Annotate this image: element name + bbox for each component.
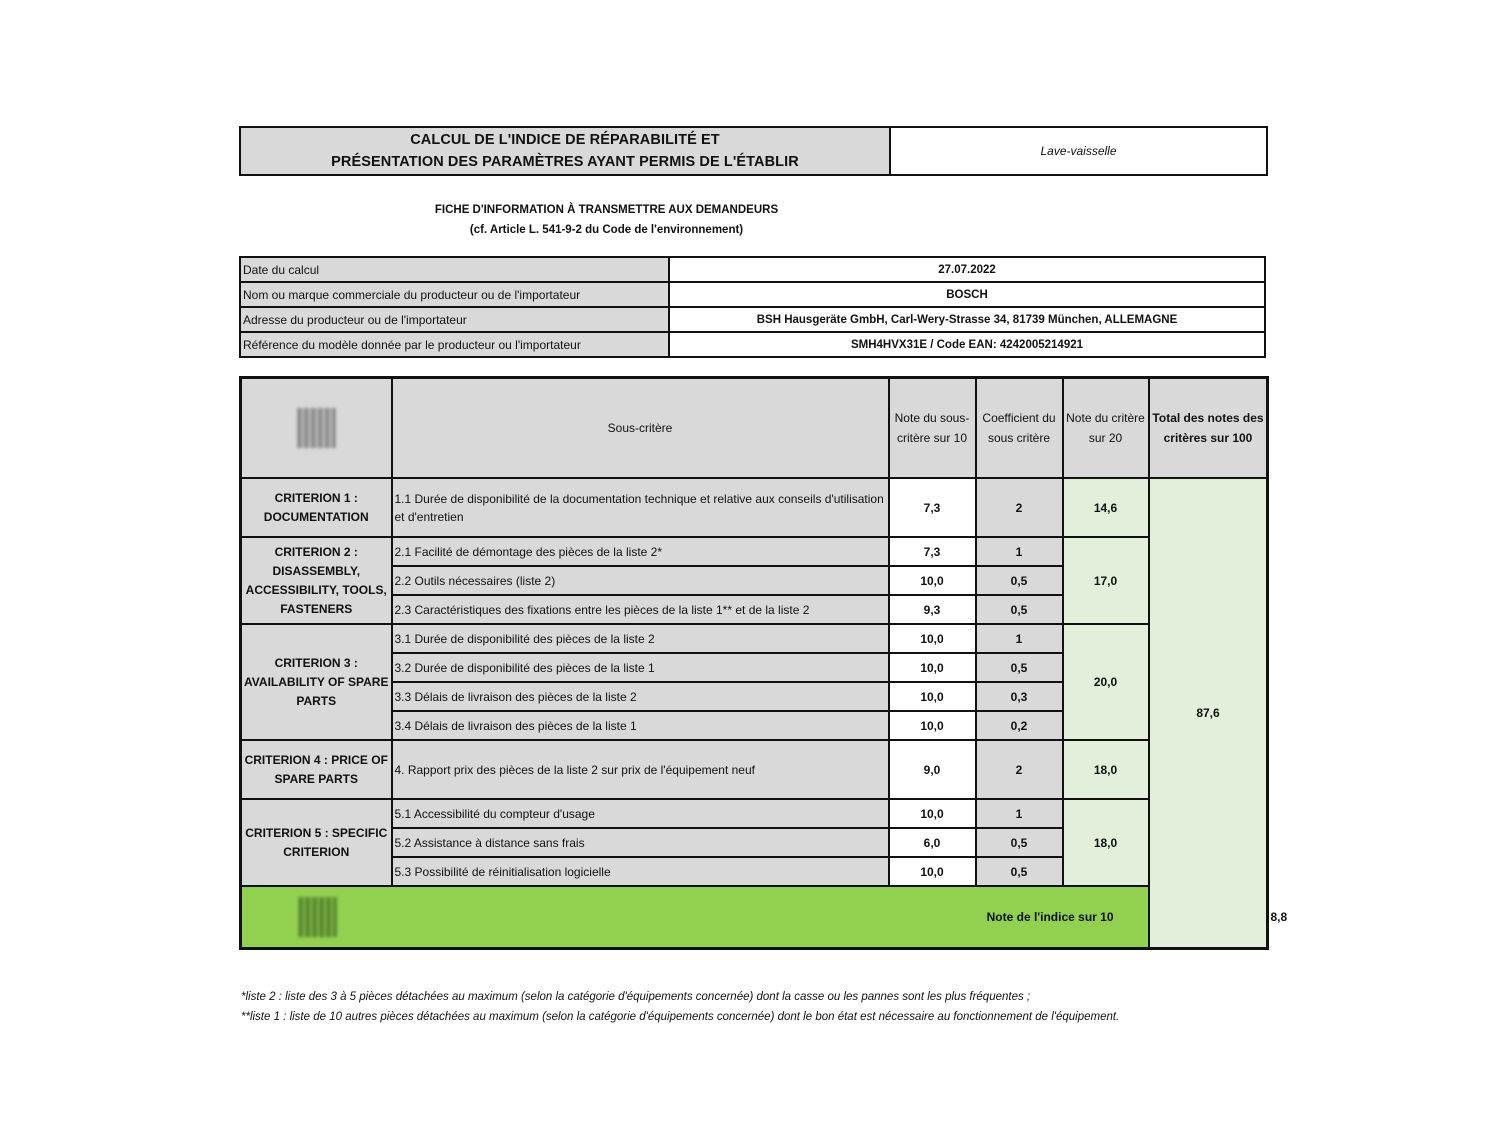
sub-criterion-note: 9,3 xyxy=(889,595,976,624)
header-note-crit: Note du critère sur 20 xyxy=(1063,378,1149,479)
sub-criterion-coef: 2 xyxy=(976,740,1063,799)
sub-criterion-label: 4. Rapport prix des pièces de la liste 2… xyxy=(392,740,889,799)
sub-criterion-label: 5.3 Possibilité de réinitialisation logi… xyxy=(392,857,889,886)
info-row-brand: Nom ou marque commerciale du producteur … xyxy=(240,282,1265,307)
info-label: Adresse du producteur ou de l'importateu… xyxy=(240,307,669,332)
sub-criterion-label: 2.1 Facilité de démontage des pièces de … xyxy=(392,537,889,566)
footnote-liste-1: **liste 1 : liste de 10 autres pièces dé… xyxy=(241,1011,1119,1023)
sub-criterion-note: 10,0 xyxy=(889,653,976,682)
sub-criterion-coef: 1 xyxy=(976,624,1063,653)
sub-criterion-label: 3.2 Durée de disponibilité des pièces de… xyxy=(392,653,889,682)
sub-criterion-coef: 0,5 xyxy=(976,828,1063,857)
sub-criterion-note: 10,0 xyxy=(889,857,976,886)
sub-criterion-coef: 1 xyxy=(976,799,1063,828)
table-header-row: Sous-critère Note du sous-critère sur 10… xyxy=(241,378,1268,479)
blurred-logo-icon xyxy=(296,408,336,448)
criterion-1-score: 14,6 xyxy=(1063,478,1149,537)
document-title: CALCUL DE L'INDICE DE RÉPARABILITÉ ET PR… xyxy=(241,128,891,174)
info-table: Date du calcul 27.07.2022 Nom ou marque … xyxy=(239,256,1266,358)
sub-criterion-label: 2.3 Caractéristiques des fixations entre… xyxy=(392,595,889,624)
sub-criterion-label: 5.1 Accessibilité du compteur d'usage xyxy=(392,799,889,828)
info-label: Date du calcul xyxy=(240,257,669,282)
info-label: Référence du modèle donnée par le produc… xyxy=(240,332,669,357)
sub-criterion-coef: 2 xyxy=(976,478,1063,537)
sub-criterion-label: 1.1 Durée de disponibilité de la documen… xyxy=(392,478,889,537)
footnote-liste-2: *liste 2 : liste des 3 à 5 pièces détach… xyxy=(241,991,1030,1003)
info-row-reference: Référence du modèle donnée par le produc… xyxy=(240,332,1265,357)
criterion-4-name: CRITERION 4 : PRICE OF SPARE PARTS xyxy=(241,740,392,799)
sub-criterion-label: 2.2 Outils nécessaires (liste 2) xyxy=(392,566,889,595)
sub-criterion-note: 10,0 xyxy=(889,624,976,653)
criterion-5-name: CRITERION 5 : SPECIFIC CRITERION xyxy=(241,799,392,886)
final-score-label: Note de l'indice sur 10 xyxy=(392,886,1149,949)
criterion-3-name: CRITERION 3 : AVAILABILITY OF SPARE PART… xyxy=(241,624,392,740)
sub-criterion-label: 3.4 Délais de livraison des pièces de la… xyxy=(392,711,889,740)
sub-criterion-note: 10,0 xyxy=(889,682,976,711)
final-score-row: Note de l'indice sur 10 8,8 xyxy=(241,886,1268,949)
sub-criterion-coef: 1 xyxy=(976,537,1063,566)
sub-criterion-note: 7,3 xyxy=(889,478,976,537)
criterion-1-name: CRITERION 1 : DOCUMENTATION xyxy=(241,478,392,537)
final-logo-cell xyxy=(241,886,392,949)
total-score-100: 87,6 xyxy=(1149,478,1268,949)
criterion-3-score: 20,0 xyxy=(1063,624,1149,740)
sub-criterion-label: 5.2 Assistance à distance sans frais xyxy=(392,828,889,857)
header-note-sub: Note du sous-critère sur 10 xyxy=(889,378,976,479)
sub-criterion-coef: 0,5 xyxy=(976,653,1063,682)
table-row: CRITERION 3 : AVAILABILITY OF SPARE PART… xyxy=(241,624,1268,653)
info-row-address: Adresse du producteur ou de l'importateu… xyxy=(240,307,1265,332)
table-row: CRITERION 5 : SPECIFIC CRITERION 5.1 Acc… xyxy=(241,799,1268,828)
info-value: SMH4HVX31E / Code EAN: 4242005214921 xyxy=(669,332,1265,357)
subtitle-line-1: FICHE D'INFORMATION À TRANSMETTRE AUX DE… xyxy=(239,204,974,216)
repairability-table: Sous-critère Note du sous-critère sur 10… xyxy=(239,376,1269,950)
header-coef: Coefficient du sous critère xyxy=(976,378,1063,479)
criterion-2-score: 17,0 xyxy=(1063,537,1149,624)
info-value: BOSCH xyxy=(669,282,1265,307)
info-value: 27.07.2022 xyxy=(669,257,1265,282)
title-box: CALCUL DE L'INDICE DE RÉPARABILITÉ ET PR… xyxy=(239,126,1268,176)
title-line-1: CALCUL DE L'INDICE DE RÉPARABILITÉ ET xyxy=(410,129,720,151)
criterion-5-score: 18,0 xyxy=(1063,799,1149,886)
sub-criterion-note: 10,0 xyxy=(889,799,976,828)
table-row: CRITERION 1 : DOCUMENTATION 1.1 Durée de… xyxy=(241,478,1268,537)
sub-criterion-note: 6,0 xyxy=(889,828,976,857)
sub-criterion-label: 3.3 Délais de livraison des pièces de la… xyxy=(392,682,889,711)
info-value: BSH Hausgeräte GmbH, Carl-Wery-Strasse 3… xyxy=(669,307,1265,332)
sub-criterion-note: 9,0 xyxy=(889,740,976,799)
criterion-3-label: CRITERION 3 : AVAILABILITY OF SPARE PART… xyxy=(244,656,388,708)
table-row: CRITERION 2 : DISASSEMBLY, ACCESSIBILITY… xyxy=(241,537,1268,566)
subtitle-line-2: (cf. Article L. 541-9-2 du Code de l'env… xyxy=(239,224,974,236)
blurred-logo-icon xyxy=(297,897,337,937)
sub-criterion-coef: 0,2 xyxy=(976,711,1063,740)
sub-criterion-coef: 0,5 xyxy=(976,595,1063,624)
sub-criterion-note: 10,0 xyxy=(889,711,976,740)
sub-criterion-coef: 0,3 xyxy=(976,682,1063,711)
info-row-date: Date du calcul 27.07.2022 xyxy=(240,257,1265,282)
criterion-2-name: CRITERION 2 : DISASSEMBLY, ACCESSIBILITY… xyxy=(241,537,392,624)
criterion-4-score: 18,0 xyxy=(1063,740,1149,799)
sub-criterion-note: 7,3 xyxy=(889,537,976,566)
sub-criterion-coef: 0,5 xyxy=(976,857,1063,886)
title-line-2: PRÉSENTATION DES PARAMÈTRES AYANT PERMIS… xyxy=(331,151,799,173)
info-label: Nom ou marque commerciale du producteur … xyxy=(240,282,669,307)
table-row: CRITERION 4 : PRICE OF SPARE PARTS 4. Ra… xyxy=(241,740,1268,799)
sub-criterion-label: 3.1 Durée de disponibilité des pièces de… xyxy=(392,624,889,653)
product-type: Lave-vaisselle xyxy=(891,128,1266,174)
sub-criterion-note: 10,0 xyxy=(889,566,976,595)
header-criterion xyxy=(241,378,392,479)
header-sub-criterion: Sous-critère xyxy=(392,378,889,479)
sub-criterion-coef: 0,5 xyxy=(976,566,1063,595)
header-total: Total des notes des critères sur 100 xyxy=(1149,378,1268,479)
